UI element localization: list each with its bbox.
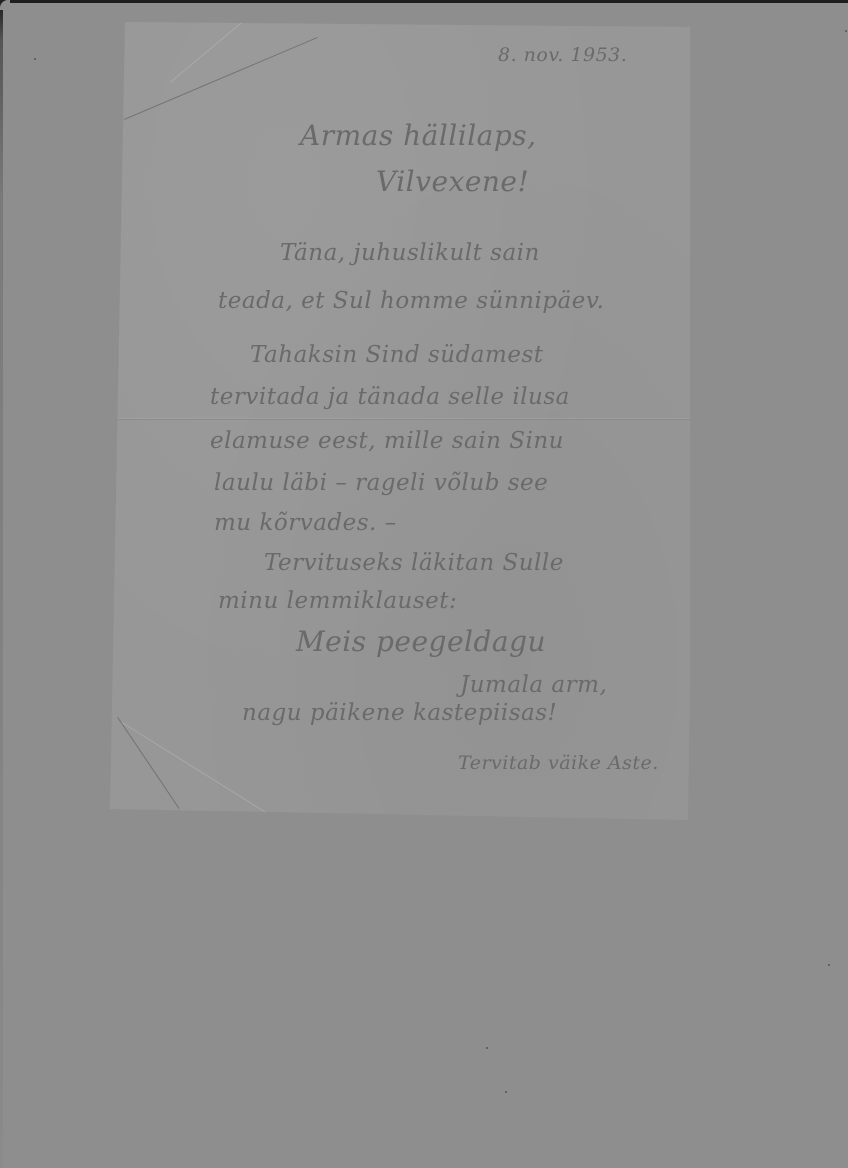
letter-signature: Tervitab väike Aste.	[458, 754, 659, 773]
paper-fold-line	[110, 418, 690, 420]
scanner-left-edge	[0, 0, 3, 1168]
letter-salutation-line-1: Armas hällilaps,	[300, 122, 537, 150]
letter-body-line: Tahaksin Sind südamest	[250, 344, 544, 367]
letter-body-line: Täna, juhuslikult sain	[280, 242, 540, 265]
letter-quote-line: nagu päikene kastepiisas!	[242, 702, 557, 725]
letter-date: 8. nov. 1953.	[498, 46, 627, 65]
dust-speck	[505, 1091, 507, 1093]
letter-quote-line: Jumala arm,	[460, 674, 607, 697]
letter-body-line: minu lemmiklauset:	[218, 590, 457, 613]
scanner-background: 8. nov. 1953. Armas hällilaps, Vilvexene…	[0, 0, 848, 1168]
scanner-top-edge	[0, 0, 848, 3]
dust-speck	[845, 30, 847, 32]
letter-body-line: tervitada ja tänada selle ilusa	[210, 386, 570, 409]
letter-body-line: teada, et Sul homme sünnipäev.	[218, 290, 604, 313]
letter-body-line: mu kõrvades. –	[214, 512, 397, 535]
dust-speck	[34, 58, 36, 60]
dust-speck	[486, 1047, 488, 1049]
scanner-corner	[0, 0, 10, 10]
dust-speck	[828, 964, 830, 966]
letter-salutation-line-2: Vilvexene!	[376, 168, 529, 196]
letter-paper: 8. nov. 1953. Armas hällilaps, Vilvexene…	[110, 22, 690, 820]
letter-quote-line: Meis peegeldagu	[296, 628, 546, 656]
letter-body-line: laulu läbi – rageli võlub see	[214, 472, 548, 495]
letter-body-line: elamuse eest, mille sain Sinu	[210, 430, 564, 453]
letter-body-line: Tervituseks läkitan Sulle	[264, 552, 564, 575]
